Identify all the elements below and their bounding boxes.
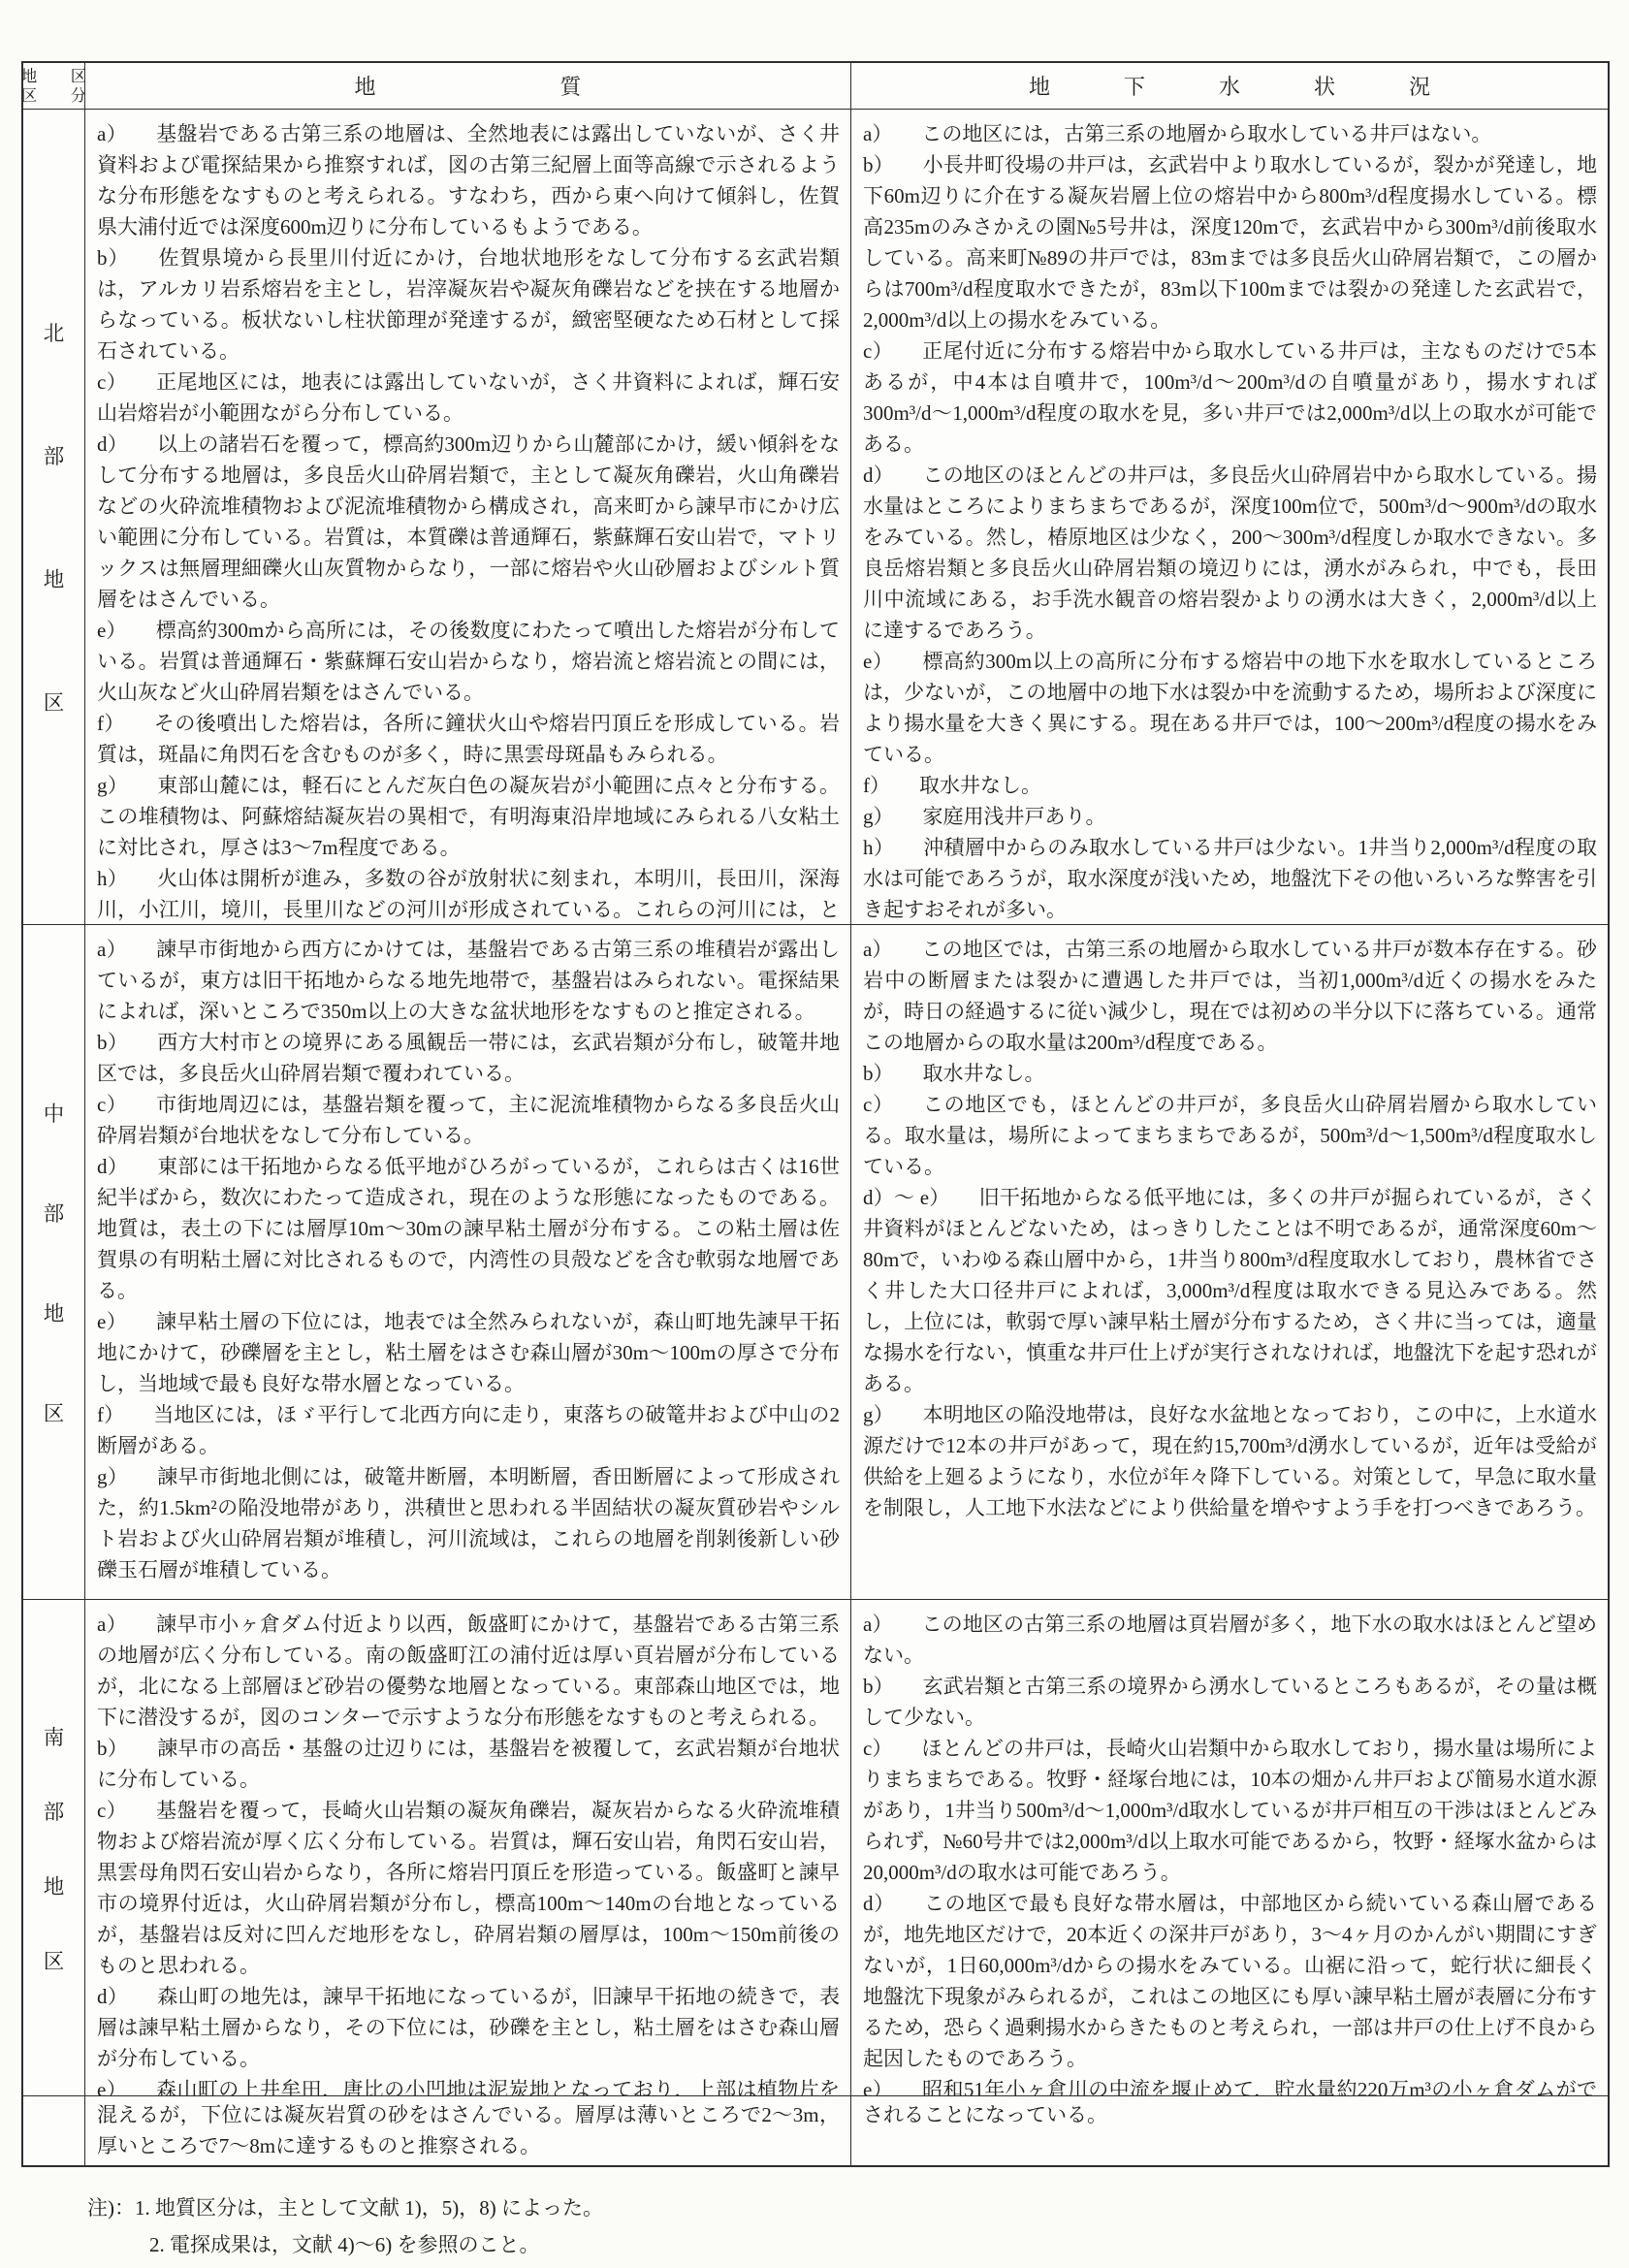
district-label-char: 区: [44, 1945, 65, 1975]
item-label: h）: [863, 836, 923, 859]
geology-item-north: g）東部山麓には，軽石にとんだ灰白色の凝灰岩が小範囲に点々と分布する。この堆積物…: [97, 770, 840, 863]
item-text: この地区には，古第三系の地層から取水している井戸はない。: [921, 122, 1491, 145]
item-text: 火山体は開析が進み，多数の谷が放射状に刻まれ，本明川，長田川，深海川，小江川，境…: [97, 867, 840, 924]
item-text: 諫早市街地北側には，破篭井断層，本明断層，香田断層によって形成された，約1.5k…: [97, 1465, 840, 1581]
item-label: g）: [97, 774, 157, 797]
geology-item-middle: g）諫早市街地北側には，破篭井断層，本明断層，香田断層によって形成された，約1.…: [97, 1461, 840, 1585]
item-label: d）: [97, 432, 157, 456]
geology-item-north: h）火山体は開析が進み，多数の谷が放射状に刻まれ，本明川，長田川，深海川，小江川…: [97, 863, 840, 924]
item-label: a）: [863, 938, 922, 961]
item-text: 諫早粘土層の下位には，地表では全然みられないが，森山町地先諫早干拓地にかけて，砂…: [97, 1310, 840, 1395]
item-label: g）: [97, 1465, 157, 1488]
section-row-south: 南部地区a）諫早市小ヶ倉ダム付近より以西，飯盛町にかけて，基盤岩である古第三系の…: [23, 1599, 1608, 2095]
item-text: 西方大村市との境界にある風観岳一帯には，玄武岩類が分布し，破篭井地区では，多良岳…: [97, 1031, 840, 1085]
item-text: ほとんどの井戸は，長崎火山岩類中から取水しており，揚水量は場所によりまちまちであ…: [863, 1737, 1597, 1884]
item-text: 以上の諸岩石を覆って，標高約300m辺りから山麓部にかけ，緩い傾斜をなして分布す…: [97, 432, 840, 611]
district-label-north: 北部地区: [23, 110, 84, 924]
district-label-char: 部: [44, 1198, 65, 1228]
geology-column-header: 地質: [84, 63, 850, 109]
item-label: f）: [97, 1403, 153, 1426]
groundwater-cell-middle: a）この地区では，古第三系の地層から取水している井戸が数本存在する。砂岩中の断層…: [850, 925, 1608, 1599]
groundwater-item-middle: g）本明地区の陥没地帯は，良好な水盆地となっており，この中に，上水道水源だけで1…: [863, 1399, 1597, 1523]
geology-cell-carryover: 混えるが，下位には凝灰岩質の砂をはさんでいる。層厚は薄いところで2〜3m，厚いと…: [84, 2096, 850, 2165]
item-text: 正尾地区には，地表には露出していないが，さく井資料によれば，輝石安山岩熔岩が小範…: [97, 370, 840, 425]
item-label: d）: [97, 1985, 157, 2008]
groundwater-item-south: b）玄武岩類と古第三系の境界から湧水しているところもあるが，その量は概して少ない…: [863, 1671, 1597, 1733]
item-label: c）: [97, 370, 156, 394]
item-label: b）: [863, 1675, 923, 1698]
item-label: h）: [97, 867, 157, 890]
item-label: d）: [863, 463, 923, 487]
item-label: c）: [97, 1799, 156, 1822]
district-label-char: 北: [44, 317, 65, 347]
district-label-south: 南部地区: [23, 1600, 84, 2095]
item-label: e）: [97, 1310, 156, 1333]
item-text: 標高約300m以上の高所に分布する熔岩中の地下水を取水しているところは，少ないが…: [863, 650, 1597, 766]
item-text: 東部山麓には，軽石にとんだ灰白色の凝灰岩が小範囲に点々と分布する。この堆積物は、…: [97, 774, 840, 859]
geology-carryover-text: 混えるが，下位には凝灰岩質の砂をはさんでいる。層厚は薄いところで2〜3m，厚いと…: [97, 2099, 840, 2161]
groundwater-item-north: h）沖積層中からのみ取水している井戸は少ない。1井当り2,000m³/d程度の取…: [863, 832, 1597, 924]
district-label-char: 部: [44, 440, 65, 470]
item-text: この地区でも，ほとんどの井戸が，多良岳火山砕屑岩層から取水している。取水量は，場…: [863, 1093, 1597, 1178]
item-text: 取水井なし。: [919, 774, 1041, 797]
geology-cell-north: a）基盤岩である古第三系の地層は、全然地表には露出していないが、さく井資料および…: [84, 110, 850, 924]
district-label-char: 地: [44, 1297, 65, 1327]
geology-item-middle: f）当地区には，ほゞ平行して北西方向に走り，東落ちの破篭井および中山の2断層があ…: [97, 1399, 840, 1461]
item-text: 取水井なし。: [923, 1062, 1045, 1085]
item-label: b）: [97, 246, 159, 270]
groundwater-item-south: d）この地区で最も良好な帯水層は，中部地区から続いている森山層であるが，地先地区…: [863, 1888, 1597, 2074]
item-text: 佐賀県境から長里川付近にかけ，台地状地形をなして分布する玄武岩類は，アルカリ岩系…: [97, 246, 840, 363]
geology-item-south: e）森山町の上井牟田，唐比の小凹地は泥炭地となっており，上部は植物片を多く: [97, 2074, 840, 2095]
geology-item-north: d）以上の諸岩石を覆って，標高約300m辺りから山麓部にかけ，緩い傾斜をなして分…: [97, 429, 840, 615]
groundwater-item-middle: a）この地区では，古第三系の地層から取水している井戸が数本存在する。砂岩中の断層…: [863, 934, 1597, 1058]
item-text: 諫早市の高岳・基盤の辻辺りには，基盤岩を被覆して，玄武岩類が台地状に分布している…: [97, 1737, 840, 1791]
item-text: 東部には干拓地からなる低平地がひろがっているが，これらは古くは16世紀半ばから，…: [97, 1155, 840, 1302]
groundwater-item-south: e）昭和51年小ヶ倉川の中流を堰止めて，貯水量約220万m³の小ヶ倉ダムができた…: [863, 2074, 1597, 2095]
item-text: 小長井町役場の井戸は，玄武岩中より取水しているが，裂かが発達し，地下60m辺りに…: [863, 153, 1597, 332]
district-label-char: 地: [44, 563, 65, 593]
item-text: されることになっている。: [863, 2103, 1107, 2126]
item-text: 旧干拓地からなる低平地には，多くの井戸が掘られているが，さく井資料がほとんどない…: [863, 1186, 1597, 1395]
groundwater-item-south: c）ほとんどの井戸は，長崎火山岩類中から取水しており，揚水量は場所によりまちまち…: [863, 1733, 1597, 1888]
geology-item-middle: a）諫早市街地から西方にかけては，基盤岩である古第三系の堆積岩が露出しているが，…: [97, 934, 840, 1027]
groundwater-item-middle: b）取水井なし。: [863, 1058, 1597, 1089]
geology-item-north: b）佐賀県境から長里川付近にかけ，台地状地形をなして分布する玄武岩類は，アルカリ…: [97, 242, 840, 367]
geology-item-north: f）その後噴出した熔岩は，各所に鐘状火山や熔岩円頂丘を形成している。岩質は，斑晶…: [97, 708, 840, 770]
groundwater-column-header-label: 地下水状況: [955, 71, 1504, 101]
item-text: 玄武岩類と古第三系の境界から湧水しているところもあるが，その量は概して少ない。: [863, 1675, 1597, 1729]
geology-item-south: a）諫早市小ヶ倉ダム付近より以西，飯盛町にかけて，基盤岩である古第三系の地層が広…: [97, 1609, 840, 1733]
item-label: g）: [863, 805, 923, 828]
section-row-middle: 中部地区a）諫早市街地から西方にかけては，基盤岩である古第三系の堆積岩が露出して…: [23, 924, 1608, 1599]
groundwater-item-north: b）小長井町役場の井戸は，玄武岩中より取水しているが，裂かが発達し，地下60m辺…: [863, 149, 1597, 335]
item-text: 混えるが，下位には凝灰岩質の砂をはさんでいる。層厚は薄いところで2〜3m，厚いと…: [97, 2103, 840, 2157]
item-text: その後噴出した熔岩は，各所に鐘状火山や熔岩円頂丘を形成している。岩質は，斑晶に角…: [97, 712, 840, 766]
corner-header-line1: 地 区: [23, 67, 84, 86]
scanned-document-page: { "table": { "header": { "corner_line1":…: [0, 0, 1629, 2268]
item-label: b）: [863, 153, 923, 176]
item-label: d）: [97, 1155, 157, 1178]
groundwater-cell-south: a）この地区の古第三系の地層は頁岩層が多く，地下水の取水はほとんど望めない。b）…: [850, 1600, 1608, 2095]
footnote-line-2: 2. 電探成果は，文献 4)〜6) を参照のこと。: [149, 2226, 603, 2263]
geology-item-north: e）標高約300mから高所には，その後数度にわたって噴出した熔岩が分布している。…: [97, 615, 840, 708]
groundwater-item-middle: d）〜 e）旧干拓地からなる低平地には，多くの井戸が掘られているが，さく井資料が…: [863, 1182, 1597, 1399]
district-label-empty: [23, 2096, 84, 2165]
item-label: a）: [863, 1613, 922, 1636]
groundwater-column-header: 地下水状況: [850, 63, 1608, 109]
item-text: 標高約300mから高所には，その後数度にわたって噴出した熔岩が分布している。岩質…: [97, 619, 840, 704]
item-text: 昭和51年小ヶ倉川の中流を堰止めて，貯水量約220万m³の小ヶ倉ダムができた。こ…: [863, 2078, 1597, 2095]
item-text: 沖積層中からのみ取水している井戸は少ない。1井当り2,000m³/d程度の取水は…: [863, 836, 1597, 921]
item-label: e）: [97, 2078, 156, 2095]
item-label: c）: [863, 339, 922, 363]
item-label: b）: [97, 1737, 157, 1760]
district-label-middle: 中部地区: [23, 925, 84, 1599]
geology-item-middle: b）西方大村市との境界にある風観岳一帯には，玄武岩類が分布し，破篭井地区では，多…: [97, 1027, 840, 1089]
geology-cell-south: a）諫早市小ヶ倉ダム付近より以西，飯盛町にかけて，基盤岩である古第三系の地層が広…: [84, 1600, 850, 2095]
geology-column-header-label: 地質: [170, 71, 765, 101]
groundwater-cell-north: a）この地区には，古第三系の地層から取水している井戸はない。b）小長井町役場の井…: [850, 110, 1608, 924]
table-header-row: 地 区 区 分 地質 地下水状況: [23, 63, 1608, 109]
item-label: a）: [97, 122, 156, 145]
groundwater-item-south: a）この地区の古第三系の地層は頁岩層が多く，地下水の取水はほとんど望めない。: [863, 1609, 1597, 1671]
groundwater-carryover-text: されることになっている。: [863, 2099, 1597, 2130]
item-label: e）: [863, 650, 923, 673]
geology-item-south: b）諫早市の高岳・基盤の辻辺りには，基盤岩を被覆して，玄武岩類が台地状に分布して…: [97, 1733, 840, 1795]
geology-item-north: c）正尾地区には，地表には露出していないが，さく井資料によれば，輝石安山岩熔岩が…: [97, 367, 840, 429]
carryover-row: 混えるが，下位には凝灰岩質の砂をはさんでいる。層厚は薄いところで2〜3m，厚いと…: [23, 2095, 1608, 2165]
groundwater-item-north: e）標高約300m以上の高所に分布する熔岩中の地下水を取水しているところは，少な…: [863, 646, 1597, 770]
groundwater-item-middle: c）この地区でも，ほとんどの井戸が，多良岳火山砕屑岩層から取水している。取水量は…: [863, 1089, 1597, 1182]
item-text: この地区では，古第三系の地層から取水している井戸が数本存在する。砂岩中の断層また…: [863, 938, 1597, 1054]
item-text: 家庭用浅井戸あり。: [923, 805, 1106, 828]
item-text: 市街地周辺には，基盤岩類を覆って，主に泥流堆積物からなる多良岳火山砕屑岩類が台地…: [97, 1093, 840, 1147]
item-label: d）: [863, 1892, 924, 1915]
item-text: この地区のほとんどの井戸は，多良岳火山砕屑岩中から取水している。揚水量はところに…: [863, 463, 1597, 642]
corner-header-cell: 地 区 区 分: [23, 63, 84, 109]
geology-item-middle: c）市街地周辺には，基盤岩類を覆って，主に泥流堆積物からなる多良岳火山砕屑岩類が…: [97, 1089, 840, 1151]
item-text: この地区で最も良好な帯水層は，中部地区から続いている森山層であるが，地先地区だけ…: [863, 1892, 1597, 2070]
geology-item-south: c）基盤岩を覆って，長崎火山岩類の凝灰角礫岩，凝灰岩からなる火砕流堆積物および熔…: [97, 1795, 840, 1981]
groundwater-item-north: d）この地区のほとんどの井戸は，多良岳火山砕屑岩中から取水している。揚水量はとこ…: [863, 460, 1597, 646]
item-text: 正尾付近に分布する熔岩中から取水している井戸は，主なものだけで5本あるが，中4本…: [863, 339, 1597, 456]
section-row-north: 北部地区a）基盤岩である古第三系の地層は、全然地表には露出していないが、さく井資…: [23, 109, 1608, 924]
item-label: c）: [97, 1093, 156, 1116]
item-label: c）: [863, 1093, 923, 1116]
item-label: f）: [97, 712, 154, 735]
district-label-char: 地: [44, 1870, 65, 1901]
item-label: a）: [97, 938, 156, 961]
district-label-char: 区: [44, 1397, 65, 1427]
groundwater-cell-carryover: されることになっている。: [850, 2096, 1608, 2165]
district-label-char: 部: [44, 1796, 65, 1826]
geology-groundwater-table: 地 区 区 分 地質 地下水状況 北部地区a）基盤岩である古第三系の地層は、全然…: [21, 61, 1610, 2167]
groundwater-item-north: g）家庭用浅井戸あり。: [863, 801, 1597, 832]
item-text: 森山町の上井牟田，唐比の小凹地は泥炭地となっており，上部は植物片を多く: [97, 2078, 840, 2095]
geology-cell-middle: a）諫早市街地から西方にかけては，基盤岩である古第三系の堆積岩が露出しているが，…: [84, 925, 850, 1599]
item-text: 基盤岩である古第三系の地層は、全然地表には露出していないが、さく井資料および電探…: [97, 122, 840, 239]
geology-item-south: d）森山町の地先は，諫早干拓地になっているが，旧諫早干拓地の続きで，表層は諫早粘…: [97, 1981, 840, 2074]
district-label-char: 南: [44, 1721, 65, 1751]
item-label: c）: [863, 1737, 922, 1760]
corner-header-line2: 区 分: [23, 86, 84, 106]
footnote-line-1: 注)：1. 地質区分は，主として文献 1)，5)，8) によった。: [87, 2189, 603, 2226]
district-label-char: 中: [44, 1098, 65, 1128]
geology-item-middle: e）諫早粘土層の下位には，地表では全然みられないが，森山町地先諫早干拓地にかけて…: [97, 1306, 840, 1399]
geology-item-north: a）基盤岩である古第三系の地層は、全然地表には露出していないが、さく井資料および…: [97, 118, 840, 242]
table-body: 北部地区a）基盤岩である古第三系の地層は、全然地表には露出していないが、さく井資…: [23, 109, 1608, 2165]
item-text: 当地区には，ほゞ平行して北西方向に走り，東落ちの破篭井および中山の2断層がある。: [97, 1403, 840, 1457]
groundwater-item-north: f）取水井なし。: [863, 770, 1597, 801]
groundwater-item-north: c）正尾付近に分布する熔岩中から取水している井戸は，主なものだけで5本あるが，中…: [863, 335, 1597, 460]
district-label-char: 区: [44, 687, 65, 717]
item-label: f）: [863, 774, 919, 797]
item-label: a）: [97, 1613, 156, 1636]
groundwater-item-north: a）この地区には，古第三系の地層から取水している井戸はない。: [863, 118, 1597, 149]
item-label: a）: [863, 122, 921, 145]
footnotes: 注)：1. 地質区分は，主として文献 1)，5)，8) によった。 2. 電探成…: [87, 2189, 603, 2263]
item-label: d）〜 e）: [863, 1186, 979, 1209]
item-label: e）: [97, 619, 156, 642]
item-label: g）: [863, 1403, 923, 1426]
geology-item-middle: d）東部には干拓地からなる低平地がひろがっているが，これらは古くは16世紀半ばか…: [97, 1151, 840, 1306]
item-label: b）: [97, 1031, 157, 1054]
item-text: 森山町の地先は，諫早干拓地になっているが，旧諫早干拓地の続きで，表層は諫早粘土層…: [97, 1985, 840, 2070]
item-label: b）: [863, 1062, 923, 1085]
item-text: 諫早市街地から西方にかけては，基盤岩である古第三系の堆積岩が露出しているが，東方…: [97, 938, 840, 1023]
item-text: 本明地区の陥没地帯は，良好な水盆地となっており，この中に，上水道水源だけで12本…: [863, 1403, 1597, 1519]
item-text: この地区の古第三系の地層は頁岩層が多く，地下水の取水はほとんど望めない。: [863, 1613, 1597, 1667]
item-text: 諫早市小ヶ倉ダム付近より以西，飯盛町にかけて，基盤岩である古第三系の地層が広く分…: [97, 1613, 840, 1729]
item-label: e）: [863, 2078, 922, 2095]
item-text: 基盤岩を覆って，長崎火山岩類の凝灰角礫岩，凝灰岩からなる火砕流堆積物および熔岩流…: [97, 1799, 840, 1977]
